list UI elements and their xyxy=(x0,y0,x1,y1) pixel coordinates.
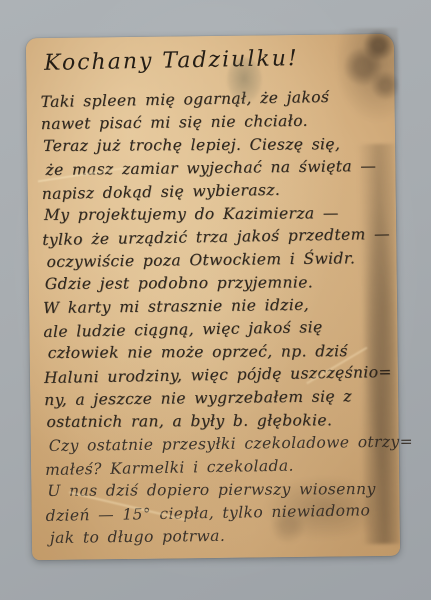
photo-background: Kochany Tadziulku! Taki spleen mię ogarn… xyxy=(0,0,431,600)
letter-line: Gdzie jest podobno przyjemnie. xyxy=(45,271,393,296)
letter-salutation: Kochany Tadziulku! xyxy=(44,46,299,76)
letter-line: ostatnich ran, a były b. głębokie. xyxy=(46,409,394,434)
letter-line: Teraz już trochę lepiej. Cieszę się, xyxy=(43,133,391,158)
letter-body: Taki spleen mię ogarnął, że jakoś nawet … xyxy=(40,86,396,550)
postcard: Kochany Tadziulku! Taki spleen mię ogarn… xyxy=(26,34,400,560)
